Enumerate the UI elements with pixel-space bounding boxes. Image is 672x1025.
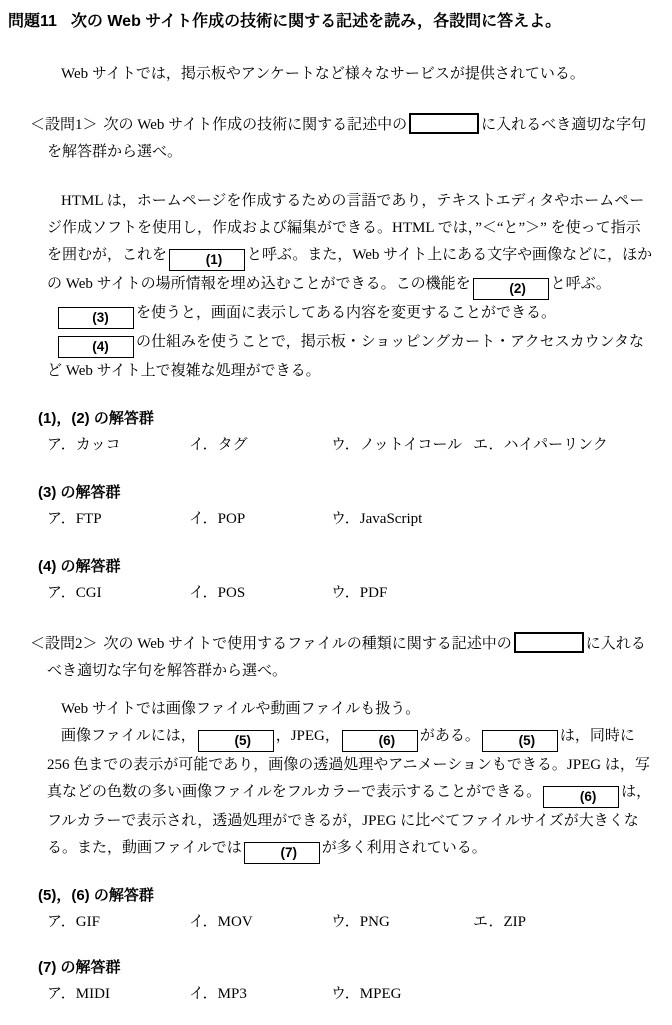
- blank-box-5b: (5): [482, 730, 558, 752]
- question1-header: ＜設問1＞次の Web サイト作成の技術に関する記述中のに入れるべき適切な字句を…: [30, 112, 658, 166]
- answer-option: イ．POP: [189, 506, 331, 533]
- q2-paragraph-1: Web サイトでは画像ファイルや動画ファイルも扱う。: [47, 696, 653, 723]
- q1-p2-seg: を使うと，画面に表示してある内容を変更することができる。: [136, 305, 556, 321]
- answer-options-row: ア．GIF イ．MOV ウ．PNG エ．ZIP: [47, 909, 658, 936]
- answer-option: イ．POS: [189, 580, 331, 607]
- question1-label: ＜設問1＞: [30, 117, 98, 133]
- blank-box-7: (7): [244, 842, 320, 864]
- q2-p2-seg6: が多く利用されている。: [322, 840, 487, 856]
- answer-option: ア．GIF: [47, 909, 189, 936]
- blank-box-6b: (6): [543, 786, 619, 808]
- exam-page: 問題11次の Web サイト作成の技術に関する記述を読み，各設問に答えよ。 We…: [0, 0, 672, 1025]
- answer-group-5-6: (5)，(6) の解答群 ア．GIF イ．MOV ウ．PNG エ．ZIP: [38, 882, 658, 936]
- question2-header-text-before: 次の Web サイトで使用するファイルの種類に関する記述中の: [104, 636, 512, 652]
- question2-blank-box: [514, 632, 584, 653]
- question-title-text: 次の Web サイト作成の技術に関する記述を読み，各設問に答えよ。: [71, 13, 561, 30]
- question2-header: ＜設問2＞次の Web サイトで使用するファイルの種類に関する記述中のに入れるべ…: [30, 631, 658, 685]
- page-title: 問題11次の Web サイト作成の技術に関する記述を読み，各設問に答えよ。: [8, 8, 658, 35]
- answer-group-1-2: (1)，(2) の解答群 ア．カッコ イ．タグ ウ．ノットイコール エ．ハイパー…: [38, 405, 658, 459]
- answer-group-4: (4) の解答群 ア．CGI イ．POS ウ．PDF: [38, 553, 658, 607]
- blank-box-3: (3): [58, 307, 134, 329]
- q2-p2-seg1: 画像ファイルには，: [61, 728, 196, 744]
- question1-blank-box: [409, 113, 479, 134]
- answer-option: イ．MOV: [189, 909, 331, 936]
- question2-passage: Web サイトでは画像ファイルや動画ファイルも扱う。 画像ファイルには，(5)，…: [47, 696, 653, 864]
- blank-box-1: (1): [169, 249, 245, 271]
- blank-box-4: (4): [58, 336, 134, 358]
- answer-option: ウ．PDF: [331, 580, 387, 607]
- question1-passage: HTML は，ホームページを作成するための言語であり，テキストエディタやホームペ…: [47, 188, 653, 385]
- answer-options-row: ア．FTP イ．POP ウ．JavaScript: [47, 506, 658, 533]
- answer-option: ア．MIDI: [47, 981, 189, 1008]
- q1-paragraph-1: HTML は，ホームページを作成するための言語であり，テキストエディタやホームペ…: [47, 188, 653, 300]
- answer-group-heading: (4) の解答群: [38, 553, 658, 580]
- q1-paragraph-2: (3)を使うと，画面に表示してある内容を変更することができる。: [47, 300, 653, 329]
- answer-option: エ．ハイパーリンク: [473, 432, 608, 459]
- answer-options-row: ア．カッコ イ．タグ ウ．ノットイコール エ．ハイパーリンク: [47, 432, 658, 459]
- answer-option: イ．MP3: [189, 981, 331, 1008]
- answer-group-heading: (3) の解答群: [38, 479, 658, 506]
- question1-header-text-before: 次の Web サイト作成の技術に関する記述中の: [104, 117, 408, 133]
- q1-paragraph-3: (4)の仕組みを使うことで，掲示板・ショッピングカート・アクセスカウンタなど W…: [47, 329, 653, 385]
- answer-group-heading: (5)，(6) の解答群: [38, 882, 658, 909]
- answer-option: ウ．ノットイコール: [331, 432, 473, 459]
- answer-option: ア．CGI: [47, 580, 189, 607]
- blank-box-5a: (5): [198, 730, 274, 752]
- q1-p3-seg: の仕組みを使うことで，掲示板・ショッピングカート・アクセスカウンタなど Web …: [47, 334, 644, 379]
- answer-option: ウ．PNG: [331, 909, 473, 936]
- answer-option: ア．FTP: [47, 506, 189, 533]
- q2-paragraph-2: 画像ファイルには，(5)，JPEG，(6)がある。(5)は，同時に 256 色ま…: [47, 723, 653, 864]
- blank-box-2: (2): [473, 278, 549, 300]
- answer-option: イ．タグ: [189, 432, 331, 459]
- answer-option: ウ．JavaScript: [331, 506, 422, 533]
- answer-option: エ．ZIP: [473, 909, 526, 936]
- q2-p2-seg3: がある。: [420, 728, 480, 744]
- question-number: 問題11: [8, 13, 57, 30]
- answer-group-3: (3) の解答群 ア．FTP イ．POP ウ．JavaScript: [38, 479, 658, 533]
- answer-option: ウ．MPEG: [331, 981, 401, 1008]
- intro-paragraph: Web サイトでは，掲示板やアンケートなど様々なサービスが提供されている。: [47, 61, 658, 88]
- blank-box-6a: (6): [342, 730, 418, 752]
- q1-p1-seg3: と呼ぶ。: [551, 276, 611, 292]
- question2-label: ＜設問2＞: [30, 636, 98, 652]
- answer-option: ア．カッコ: [47, 432, 189, 459]
- answer-group-heading: (1)，(2) の解答群: [38, 405, 658, 432]
- answer-options-row: ア．CGI イ．POS ウ．PDF: [47, 580, 658, 607]
- answer-group-7: (7) の解答群 ア．MIDI イ．MP3 ウ．MPEG: [38, 954, 658, 1008]
- answer-group-heading: (7) の解答群: [38, 954, 658, 981]
- answer-options-row: ア．MIDI イ．MP3 ウ．MPEG: [47, 981, 658, 1008]
- q2-p2-seg2: ，JPEG，: [276, 728, 340, 744]
